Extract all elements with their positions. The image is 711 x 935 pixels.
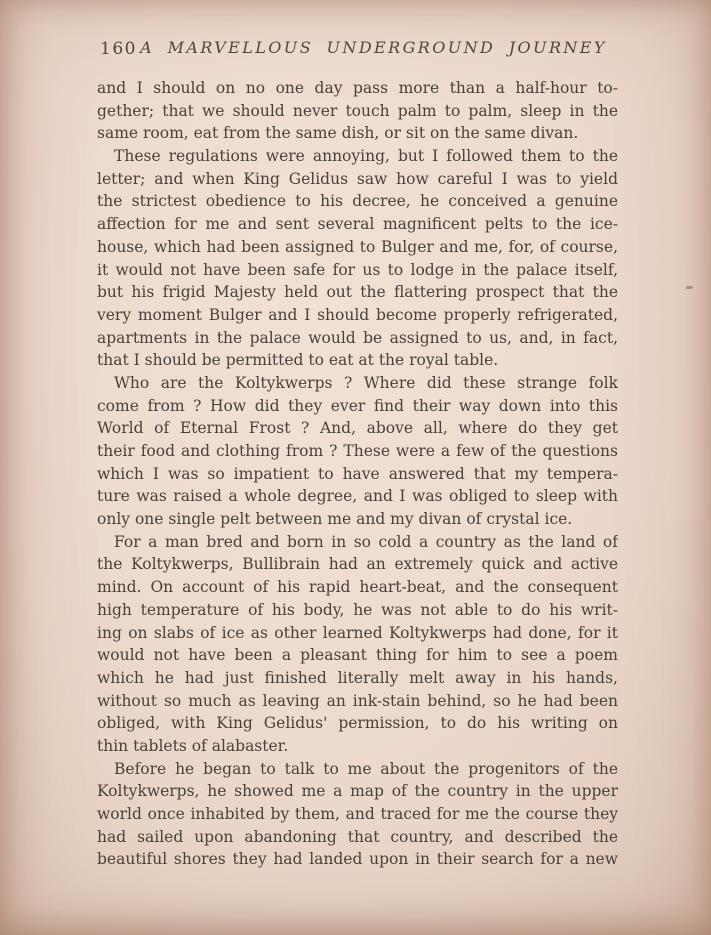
text-line: ture was raised a whole degree, and I wa… bbox=[97, 485, 618, 508]
text-line: Who are the Koltykwerps ? Where did thes… bbox=[97, 372, 618, 395]
text-line: apartments in the palace would be assign… bbox=[97, 327, 618, 350]
text-line: Before he began to talk to me about the … bbox=[97, 758, 618, 781]
text-line: These regulations were annoying, but I f… bbox=[97, 145, 618, 168]
text-line: it would not have been safe for us to lo… bbox=[97, 259, 618, 282]
text-line: without so much as leaving an ink-stain … bbox=[97, 690, 618, 713]
text-line: thin tablets of alabaster. bbox=[97, 735, 618, 758]
text-line: gether; that we should never touch palm … bbox=[97, 100, 618, 123]
text-line: letter; and when King Gelidus saw how ca… bbox=[97, 168, 618, 191]
scan-artifact-mark bbox=[686, 286, 693, 289]
body-text: and I should on no one day pass more tha… bbox=[97, 77, 618, 871]
text-line: the strictest obedience to his decree, h… bbox=[97, 190, 618, 213]
text-line: obliged, with King Gelidus' permission, … bbox=[97, 712, 618, 735]
text-line: World of Eternal Frost ? And, above all,… bbox=[97, 417, 618, 440]
text-line: the Koltykwerps, Bullibrain had an extre… bbox=[97, 553, 618, 576]
text-line: come from ? How did they ever find their… bbox=[97, 395, 618, 418]
running-title: A MARVELLOUS UNDERGROUND JOURNEY bbox=[98, 38, 619, 57]
text-line: For a man bred and born in so cold a cou… bbox=[97, 531, 618, 554]
text-line: high temperature of his body, he was not… bbox=[97, 599, 618, 622]
text-line: Koltykwerps, he showed me a map of the c… bbox=[97, 780, 618, 803]
page-number: 160 bbox=[100, 39, 137, 59]
text-line: beautiful shores they had landed upon in… bbox=[97, 848, 618, 871]
text-line: would not have been a pleasant thing for… bbox=[97, 644, 618, 667]
text-line: which he had just finished literally mel… bbox=[97, 667, 618, 690]
text-line: had sailed upon abandoning that country,… bbox=[97, 826, 618, 849]
text-line: and I should on no one day pass more tha… bbox=[97, 77, 618, 100]
book-page: 160 A MARVELLOUS UNDERGROUND JOURNEY and… bbox=[0, 0, 711, 935]
page-header: 160 A MARVELLOUS UNDERGROUND JOURNEY bbox=[98, 38, 619, 62]
text-line: which I was so impatient to have answere… bbox=[97, 463, 618, 486]
text-line: ing on slabs of ice as other learned Kol… bbox=[97, 622, 618, 645]
text-line: very moment Bulger and I should become p… bbox=[97, 304, 618, 327]
text-line: house, which had been assigned to Bulger… bbox=[97, 236, 618, 259]
text-line: world once inhabited by them, and traced… bbox=[97, 803, 618, 826]
text-line: mind. On account of his rapid heart-beat… bbox=[97, 576, 618, 599]
text-line: only one single pelt between me and my d… bbox=[97, 508, 618, 531]
text-line: their food and clothing from ? These wer… bbox=[97, 440, 618, 463]
text-line: affection for me and sent several magnif… bbox=[97, 213, 618, 236]
text-line: but his frigid Majesty held out the flat… bbox=[97, 281, 618, 304]
text-line: that I should be permitted to eat at the… bbox=[97, 349, 618, 372]
text-line: same room, eat from the same dish, or si… bbox=[97, 122, 618, 145]
